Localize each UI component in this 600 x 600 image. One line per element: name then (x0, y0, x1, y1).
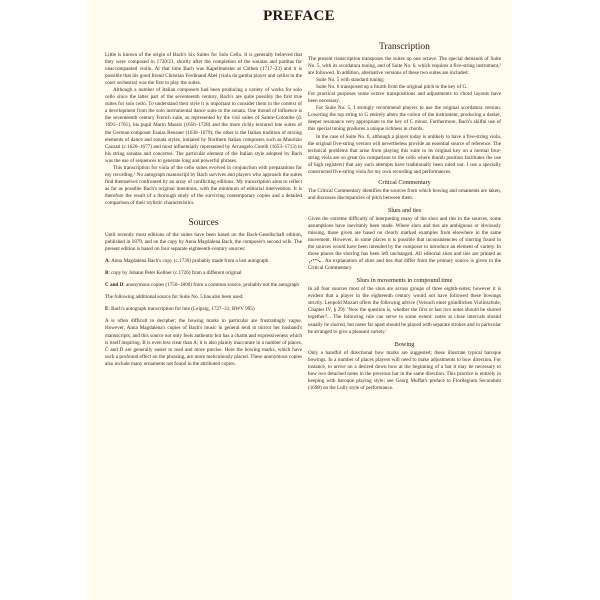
critical-commentary-text: The Critical Commentary identifies the s… (308, 188, 501, 202)
right-column: Transcription The present transcription … (308, 52, 501, 392)
transcription-paragraph-1: The present transcription transposes the… (308, 56, 501, 77)
bowing-heading: Bowing (308, 341, 501, 349)
slurs-text-part-2: . An explanation of slurs and ties that … (308, 258, 501, 271)
transcription-list-item-2: Suite No. 6 transposed up a fourth from … (308, 84, 501, 91)
source-item-e: E: Bach's autograph transcription for lu… (105, 306, 302, 313)
transcription-paragraph-2: For practical purposes some octave trans… (308, 91, 501, 105)
compound-time-text: In all four sources most of the slurs ar… (308, 286, 501, 335)
additional-source-note: The following additional source for Suit… (105, 294, 302, 301)
transcription-paragraph-3: For Suite No. 5, I strongly recommend pl… (308, 105, 501, 133)
sources-closing-paragraph: A is often difficult to decipher; the bo… (105, 318, 302, 367)
source-text: : copy by Johann Peter Kellner (c.1726) … (108, 270, 241, 276)
compound-time-heading: Slurs in movements in compound time (308, 277, 501, 285)
slurs-and-ties-heading: Slurs and ties (308, 207, 501, 215)
source-item-a: A: Anna Magdalena Bach's copy (c.1730) p… (105, 258, 302, 265)
source-text: : Bach's autograph transcription for lut… (108, 306, 254, 312)
left-column: Little is known of the origin of Bach's … (105, 52, 302, 368)
source-item-c-d: C and D: anonymous copies (1750–1800) fr… (105, 282, 302, 289)
document-page: PREFACE Little is known of the origin of… (86, 0, 512, 600)
intro-paragraph-3: This transcription for viola of the cell… (105, 165, 302, 207)
source-item-b: B: copy by Johann Peter Kellner (c.1726)… (105, 270, 302, 277)
sources-intro: Until recently most editions of the suit… (105, 232, 302, 253)
transcription-heading: Transcription (308, 41, 501, 53)
source-text: : Anna Magdalena Bach's copy (c.1730) pr… (109, 258, 269, 264)
source-label: C and D (105, 282, 123, 288)
bowing-text: Only a handful of directional bow marks … (308, 350, 501, 392)
intro-paragraph-1: Little is known of the origin of Bach's … (105, 52, 302, 87)
slurs-and-ties-text: Given the extreme difficulty of interpre… (308, 216, 501, 272)
sources-heading: Sources (105, 217, 302, 229)
transcription-paragraph-4: In the case of Suite No. 6, although a p… (308, 134, 501, 176)
source-text: : anonymous copies (1750–1800) from a co… (123, 282, 299, 288)
critical-commentary-heading: Critical Commentary (308, 179, 501, 187)
dashed-slur-icon (308, 258, 322, 263)
slurs-text-part-1: Given the extreme difficulty of interpre… (308, 216, 501, 257)
intro-paragraph-2: Although a number of Italian composers h… (105, 87, 302, 165)
page-title: PREFACE (86, 8, 512, 25)
